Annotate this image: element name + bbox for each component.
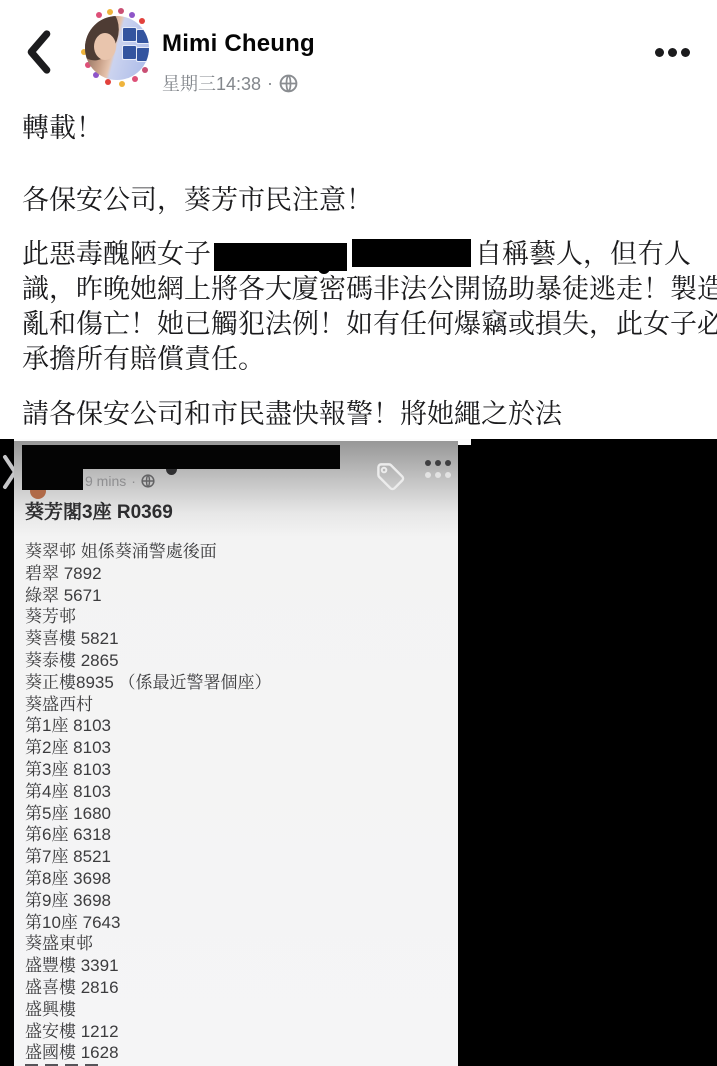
list-item: 盛豐樓 3391 [25,955,272,977]
post-paragraph: 此惡毒醜陋女子 自稱藝人，但冇人 [22,238,691,271]
tag-icon [373,459,407,493]
list-item: 盛喜樓 2816 [25,977,272,999]
list-item: 盛國樓 1628 [25,1042,272,1064]
list-item: 葵盛西村 [25,694,272,716]
list-item: 第8座 3698 [25,868,272,890]
list-item: 葵翠邨 姐係葵涌警處後面 [25,541,272,563]
list-item: 盛安樓 1212 [25,1021,272,1043]
post-text-segment: 此惡毒醜陋女子 [22,238,211,271]
post-paragraph: 承擔所有賠償責任。 [22,343,265,376]
redaction-bar [22,445,83,490]
post-paragraph: 轉載！ [22,112,103,145]
list-item: 第1座 8103 [25,715,272,737]
list-item: 第4座 8103 [25,781,272,803]
list-item: 葵盛東邨 [25,933,272,955]
post-paragraph: 識，昨晚她網上將各大廈密碼非法公開協助暴徒逃走！製造混 [22,273,717,306]
redaction-bar [352,239,471,267]
list-item: 綠翠 5671 [25,585,272,607]
list-item: 第9座 3698 [25,890,272,912]
list-item: 葵喜樓 5821 [25,628,272,650]
list-item: 第10座 7643 [25,912,272,934]
embedded-timestamp: 9 mins [85,473,126,489]
post-text: 轉載！ 各保安公司，葵芳市民注意！ 此惡毒醜陋女子 自稱藝人，但冇人 識，昨晚她… [22,0,702,437]
post-paragraph: 各保安公司，葵芳市民注意！ [22,184,373,217]
list-item: 第5座 1680 [25,803,272,825]
list-item: 碧翠 7892 [25,563,272,585]
inner-screenshot: 9 mins · 葵芳閣3座 R0369 葵翠邨 姐係葵涌警處後面碧翠 7892… [14,441,458,1066]
list-item: 葵芳邨 [25,606,272,628]
embedded-post-meta: 9 mins · [85,473,155,489]
list-item: 葵泰樓 2865 [25,650,272,672]
post-paragraph: 請各保安公司和市民盡快報警！將她繩之於法 [22,398,562,431]
facebook-post-view: Mimi Cheung 星期三14:38 · 轉載！ 各保安公司，葵芳市民注意！… [0,0,717,1066]
redaction-artifact [318,262,330,274]
globe-icon [141,474,155,488]
list-item: 第6座 6318 [25,824,272,846]
list-item: 第2座 8103 [25,737,272,759]
codes-list: 葵翠邨 姐係葵涌警處後面碧翠 7892綠翠 5671葵芳邨葵喜樓 5821葵泰樓… [25,541,272,1064]
list-item: 第7座 8521 [25,846,272,868]
dot-separator: · [131,473,136,489]
embedded-screenshot-image[interactable]: 9 mins · 葵芳閣3座 R0369 葵翠邨 姐係葵涌警處後面碧翠 7892… [0,439,717,1066]
embedded-post-title: 葵芳閣3座 R0369 [25,497,173,524]
list-item: 第3座 8103 [25,759,272,781]
list-item: 葵正樓8935 （係最近警署個座） [25,672,272,694]
list-item: 盛興樓 [25,999,272,1021]
more-icon [425,460,451,484]
post-text-segment: 自稱藝人，但冇人 [475,238,691,271]
post-paragraph: 亂和傷亡！她已觸犯法例！如有任何爆竊或損失，此女子必須 [22,308,717,341]
